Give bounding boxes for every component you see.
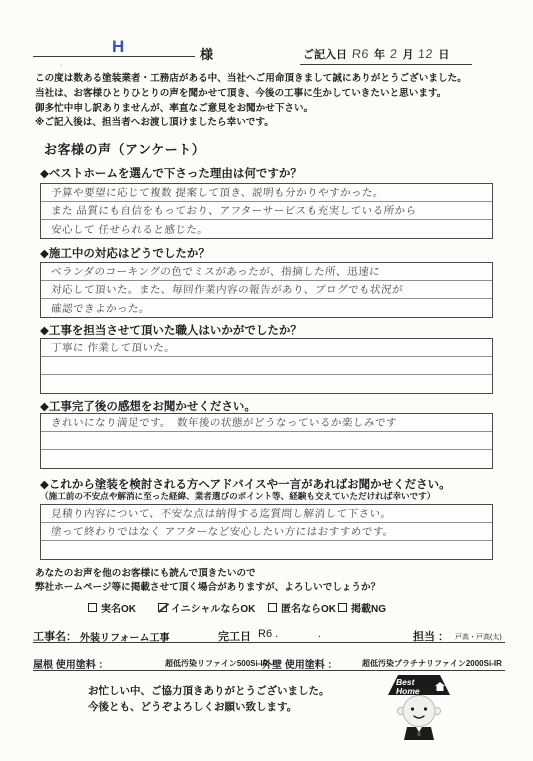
name-underline: [33, 41, 195, 57]
answer-line: 予算や要望に応じて複数 提案して頂き、説明も分かりやすかった。: [50, 185, 384, 200]
intro-line: 当社は、お客様ひとりひとりの声を聞かせて頂き、今後の工事に生かしていきたいと思い…: [35, 87, 467, 102]
answer-line: また 品質にも自信をもっており、アフターサービスも充実している所から: [50, 203, 417, 218]
name-honorific: 様: [200, 44, 213, 63]
answer-line: きれいになり満足です。 数年後の状態がどうなっているか楽しみです: [50, 415, 397, 430]
intro-line: この度は数ある塗装業者・工務店がある中、当社へご用命頂きまして誠にありがとうござ…: [35, 72, 467, 87]
answer-line: 丁寧に 作業して頂いた。: [50, 340, 176, 355]
question-3-heading: ◆工事を担当させて頂いた職人はいかがでしたか？: [40, 322, 302, 338]
mascot-icon: Best Home: [383, 674, 455, 742]
logo-text-bottom: Home: [396, 686, 420, 696]
question-1-answer-box: 予算や要望に応じて複数 提案して頂き、説明も分かりやすかった。 また 品質にも自…: [40, 183, 493, 239]
checkbox-real-name-ok[interactable]: 実名OK: [88, 600, 136, 615]
question-1-heading: ◆ベストホームを選んで下さった理由は何ですか？: [40, 165, 302, 181]
checkbox-anonymous-ok[interactable]: 匿名ならOK: [268, 600, 336, 615]
answer-line: 対応して頂いた。また、毎回作業内容の報告があり、ブログでも状況が: [50, 282, 403, 297]
intro-line: ※ご記入後は、担当者へお渡し頂けましたら幸いです。: [35, 116, 467, 131]
paint-row-underline: [33, 656, 505, 671]
scanned-questionnaire-page: H 様 ` ご記入日R6年2月12日 この度は数ある塗装業者・工務店がある中、当…: [0, 0, 533, 761]
question-5-note: （施工前の不安点や解消に至った経緯、業者選びのポイント等、経験も交えていただけれ…: [40, 490, 435, 502]
answer-line: 確認できよかった。: [50, 301, 150, 316]
footer-thanks: お忙しい中、ご協力頂きありがとうございました。 今後とも、どうぞよろしくお願い致…: [88, 684, 330, 715]
checkbox-label: 実名OK: [101, 600, 136, 615]
checkbox-initial-ok[interactable]: イニシャルならOK: [158, 600, 255, 615]
answer-line: 見積り内容について、不安な点は納得する迄質問し解消して下さい。: [50, 506, 392, 521]
answer-line: 安心して 任せられると感じた。: [50, 222, 209, 237]
checkbox-icon: [88, 603, 97, 612]
answer-line: 塗って終わりではなく アフターなど安心したい方にはおすすめです。: [50, 524, 394, 539]
work-row-underline: [33, 628, 505, 643]
question-5-answer-box: 見積り内容について、不安な点は納得する迄質問し解消して下さい。 塗って終わりでは…: [40, 504, 493, 560]
publish-line: あなたのお声を他のお客様にも読んで頂きたいので: [35, 567, 380, 581]
publish-consent-text: あなたのお声を他のお客様にも読んで頂きたいので 弊社ホームページ等に掲載させて頂…: [35, 567, 380, 595]
checkbox-icon: [338, 603, 347, 612]
question-2-answer-box: ベランダのコーキングの色でミスがあったが、指摘した所、迅速に 対応して頂いた。ま…: [40, 262, 493, 318]
question-3-answer-box: 丁寧に 作業して頂いた。: [40, 338, 493, 394]
intro-line: 御多忙中申し訳ありませんが、率直なご意見をお聞かせ下さい。: [35, 102, 467, 117]
answer-line: ベランダのコーキングの色でミスがあったが、指摘した所、迅速に: [50, 264, 380, 279]
checkbox-icon: [268, 603, 277, 612]
checkbox-label: イニシャルならOK: [171, 600, 255, 615]
footer-line: お忙しい中、ご協力頂きありがとうございました。: [88, 684, 330, 700]
checkbox-no-publish[interactable]: 掲載NG: [338, 600, 386, 615]
checkbox-label: 匿名ならOK: [281, 600, 336, 615]
publish-line: 弊社ホームページ等に掲載させて頂く場合がありますが、よろしいでしょうか？: [35, 581, 380, 595]
question-2-heading: ◆施工中の対応はどうでしたか？: [40, 245, 210, 261]
best-home-logo: Best Home: [383, 674, 455, 747]
footer-line: 今後とも、どうぞよろしくお願い致します。: [88, 700, 330, 716]
survey-title: お客様の声（アンケート）: [44, 139, 205, 158]
intro-paragraph: この度は数ある塗装業者・工務店がある中、当社へご用命頂きまして誠にありがとうござ…: [35, 72, 467, 131]
question-4-heading: ◆工事完了後の感想をお聞かせください。: [40, 398, 256, 414]
question-4-answer-box: きれいになり満足です。 数年後の状態がどうなっているか楽しみです: [40, 413, 493, 469]
checkbox-label: 掲載NG: [351, 600, 386, 615]
checkbox-checked-icon: [158, 603, 167, 612]
date-underline: [300, 49, 472, 65]
